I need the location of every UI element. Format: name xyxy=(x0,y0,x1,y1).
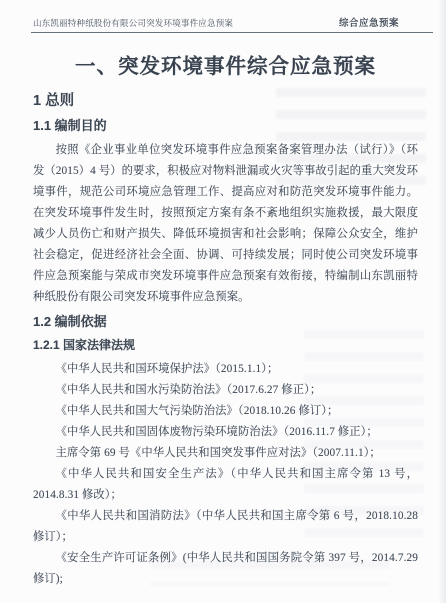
law-item: 《中华人民共和国安全生产法》（中华人民共和国主席令第 13 号，2014.8.3… xyxy=(33,464,418,506)
scanned-document-page: 山东凯丽特种纸股份有限公司突发环境事件应急预案 综合应急预案 一、突发环境事件综… xyxy=(0,0,446,603)
law-list: 《中华人民共和国环境保护法》（2015.1.1）； 《中华人民共和国水污染防治法… xyxy=(33,359,418,590)
purpose-paragraph: 按照《企业事业单位突发环境事件应急预案备案管理办法（试行）》（环发（2015）4… xyxy=(33,140,418,308)
heading-1-2-1-national-laws: 1.2.1 国家法律法规 xyxy=(33,336,418,355)
law-item: 《中华人民共和国环境保护法》（2015.1.1）； xyxy=(33,359,418,380)
header-document-title: 山东凯丽特种纸股份有限公司突发环境事件应急预案 xyxy=(33,17,233,29)
law-item: 《中华人民共和国水污染防治法》（2017.6.27 修正）； xyxy=(33,380,418,401)
heading-1-general-provisions: 1 总则 xyxy=(33,91,418,111)
header-section-label: 综合应急预案 xyxy=(339,15,433,29)
law-item: 《中华人民共和国固体废物污染环境防治法》（2016.11.7 修正）； xyxy=(33,422,418,443)
law-item: 《安全生产许可证条例》(中华人民共和国国务院令第 397 号，2014.7.29… xyxy=(33,548,418,590)
page-header: 山东凯丽特种纸股份有限公司突发环境事件应急预案 综合应急预案 xyxy=(31,0,433,33)
heading-1-1-compilation-purpose: 1.1 编制目的 xyxy=(33,116,418,135)
law-item: 主席令第 69 号《中华人民共和国突发事件应对法》（2007.11.1）； xyxy=(33,443,418,464)
main-title: 一、突发环境事件综合应急预案 xyxy=(33,52,418,82)
document-body: 一、突发环境事件综合应急预案 1 总则 1.1 编制目的 按照《企业事业单位突发… xyxy=(0,52,446,590)
heading-1-2-compilation-basis: 1.2 编制依据 xyxy=(33,312,418,331)
law-item: 《中华人民共和国消防法》（中华人民共和国主席令第 6 号，2018.10.28 … xyxy=(33,506,418,548)
law-item: 《中华人民共和国大气污染防治法》（2018.10.26 修订）； xyxy=(33,401,418,422)
